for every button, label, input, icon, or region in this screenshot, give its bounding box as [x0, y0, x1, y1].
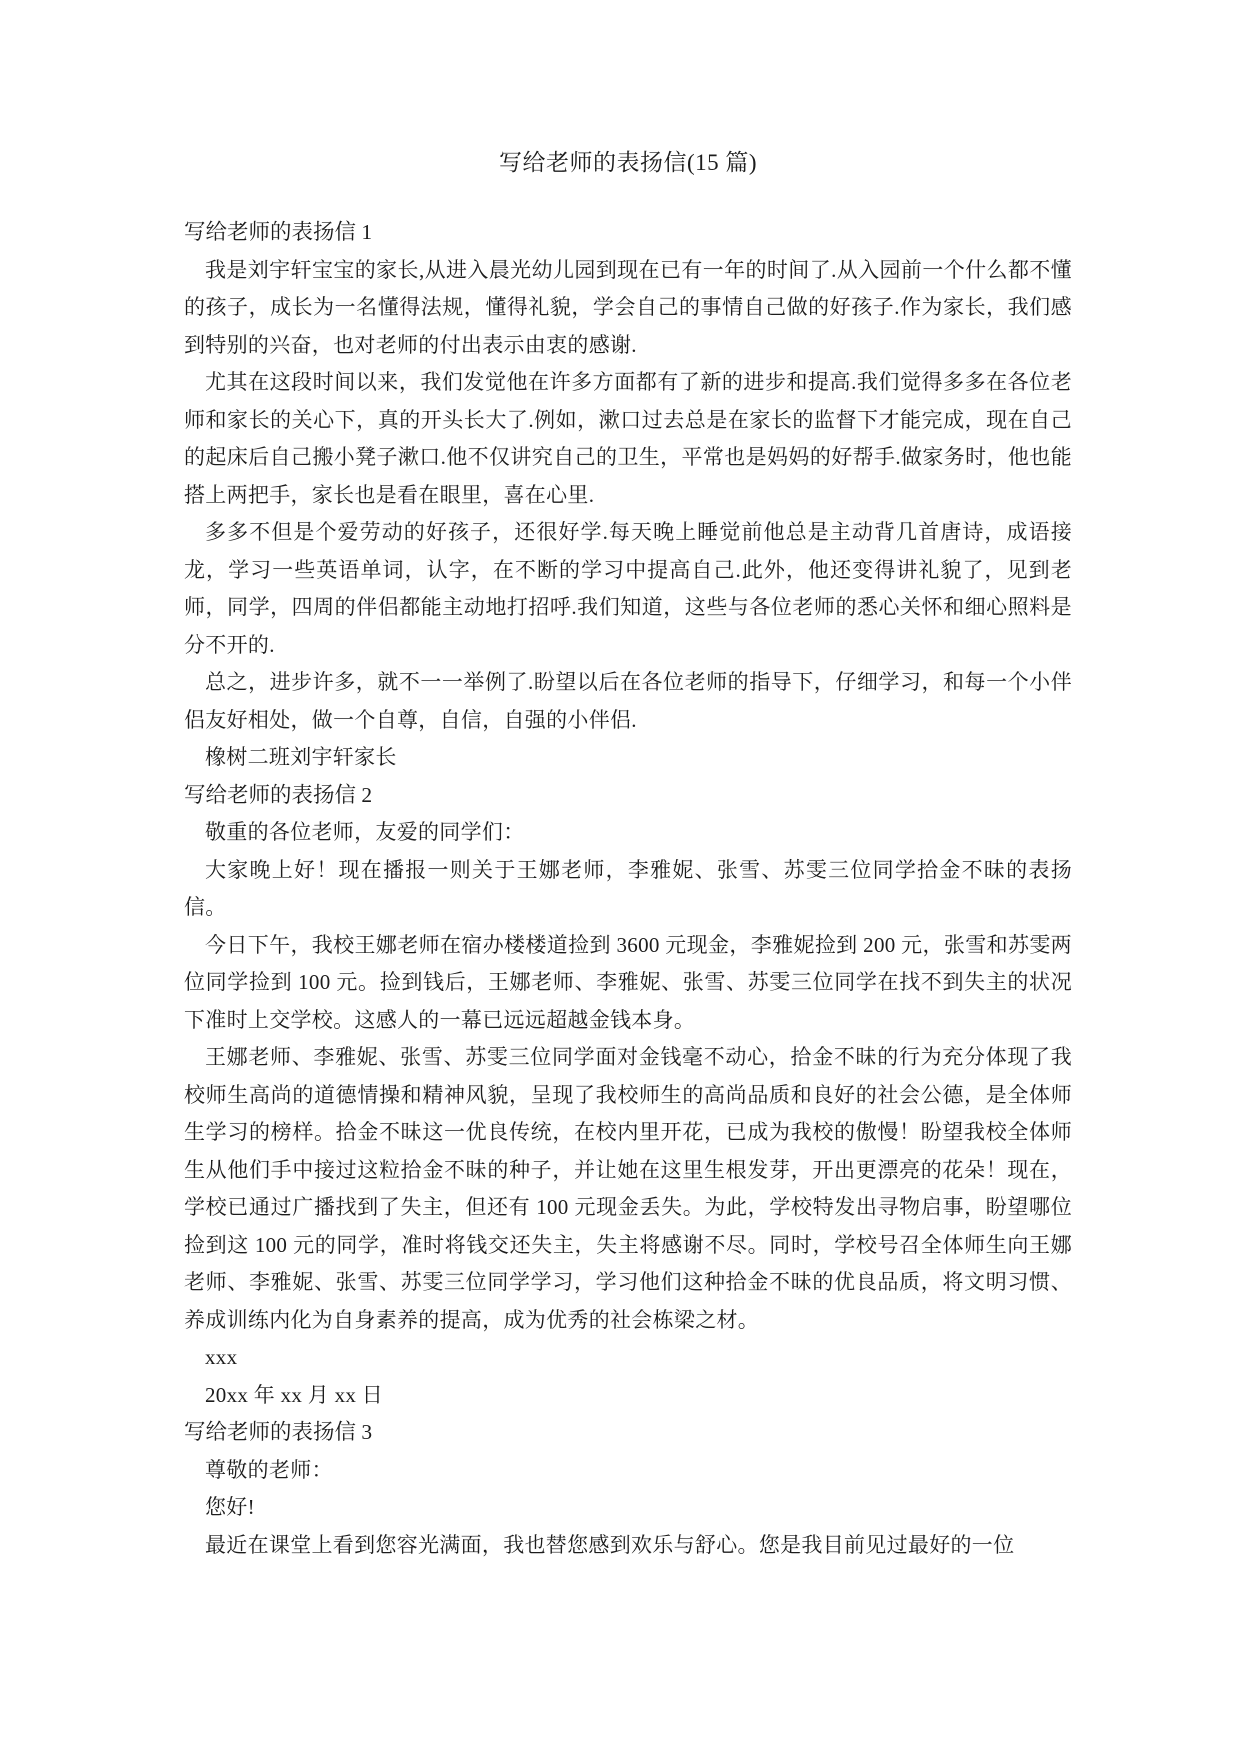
section-1-heading: 写给老师的表扬信 1 — [184, 214, 1072, 252]
paragraph: 尤其在这段时间以来，我们发觉他在许多方面都有了新的进步和提高.我们觉得多多在各位… — [184, 364, 1072, 514]
greeting-line: 您好! — [184, 1489, 1072, 1527]
paragraph: 我是刘宇轩宝宝的家长,从进入晨光幼儿园到现在已有一年的时间了.从入园前一个什么都… — [184, 252, 1072, 365]
paragraph: 多多不但是个爱劳动的好孩子，还很好学.每天晚上睡觉前他总是主动背几首唐诗，成语接… — [184, 514, 1072, 664]
paragraph: 王娜老师、李雅妮、张雪、苏雯三位同学面对金钱毫不动心，拾金不昧的行为充分体现了我… — [184, 1039, 1072, 1339]
section-3-heading: 写给老师的表扬信 3 — [184, 1414, 1072, 1452]
section-2-heading: 写给老师的表扬信 2 — [184, 777, 1072, 815]
paragraph: 今日下午，我校王娜老师在宿办楼楼道捡到 3600 元现金，李雅妮捡到 200 元… — [184, 927, 1072, 1040]
signature-line: 橡树二班刘宇轩家长 — [184, 739, 1072, 777]
document-title: 写给老师的表扬信(15 篇) — [184, 148, 1072, 178]
salutation-line: 尊敬的老师： — [184, 1452, 1072, 1490]
letter-section-1: 写给老师的表扬信 1 我是刘宇轩宝宝的家长,从进入晨光幼儿园到现在已有一年的时间… — [184, 214, 1072, 777]
paragraph: 最近在课堂上看到您容光满面，我也替您感到欢乐与舒心。您是我目前见过最好的一位 — [184, 1527, 1072, 1565]
paragraph: 大家晚上好！现在播报一则关于王娜老师，李雅妮、张雪、苏雯三位同学拾金不昧的表扬信… — [184, 852, 1072, 927]
salutation-line: 敬重的各位老师，友爱的同学们： — [184, 814, 1072, 852]
signature-line: xxx — [184, 1339, 1072, 1377]
date-line: 20xx 年 xx 月 xx 日 — [184, 1377, 1072, 1415]
document-page: 写给老师的表扬信(15 篇) 写给老师的表扬信 1 我是刘宇轩宝宝的家长,从进入… — [0, 0, 1240, 1753]
letter-section-3: 写给老师的表扬信 3 尊敬的老师： 您好! 最近在课堂上看到您容光满面，我也替您… — [184, 1414, 1072, 1564]
letter-section-2: 写给老师的表扬信 2 敬重的各位老师，友爱的同学们： 大家晚上好！现在播报一则关… — [184, 777, 1072, 1415]
paragraph: 总之，进步许多，就不一一举例了.盼望以后在各位老师的指导下，仔细学习，和每一个小… — [184, 664, 1072, 739]
